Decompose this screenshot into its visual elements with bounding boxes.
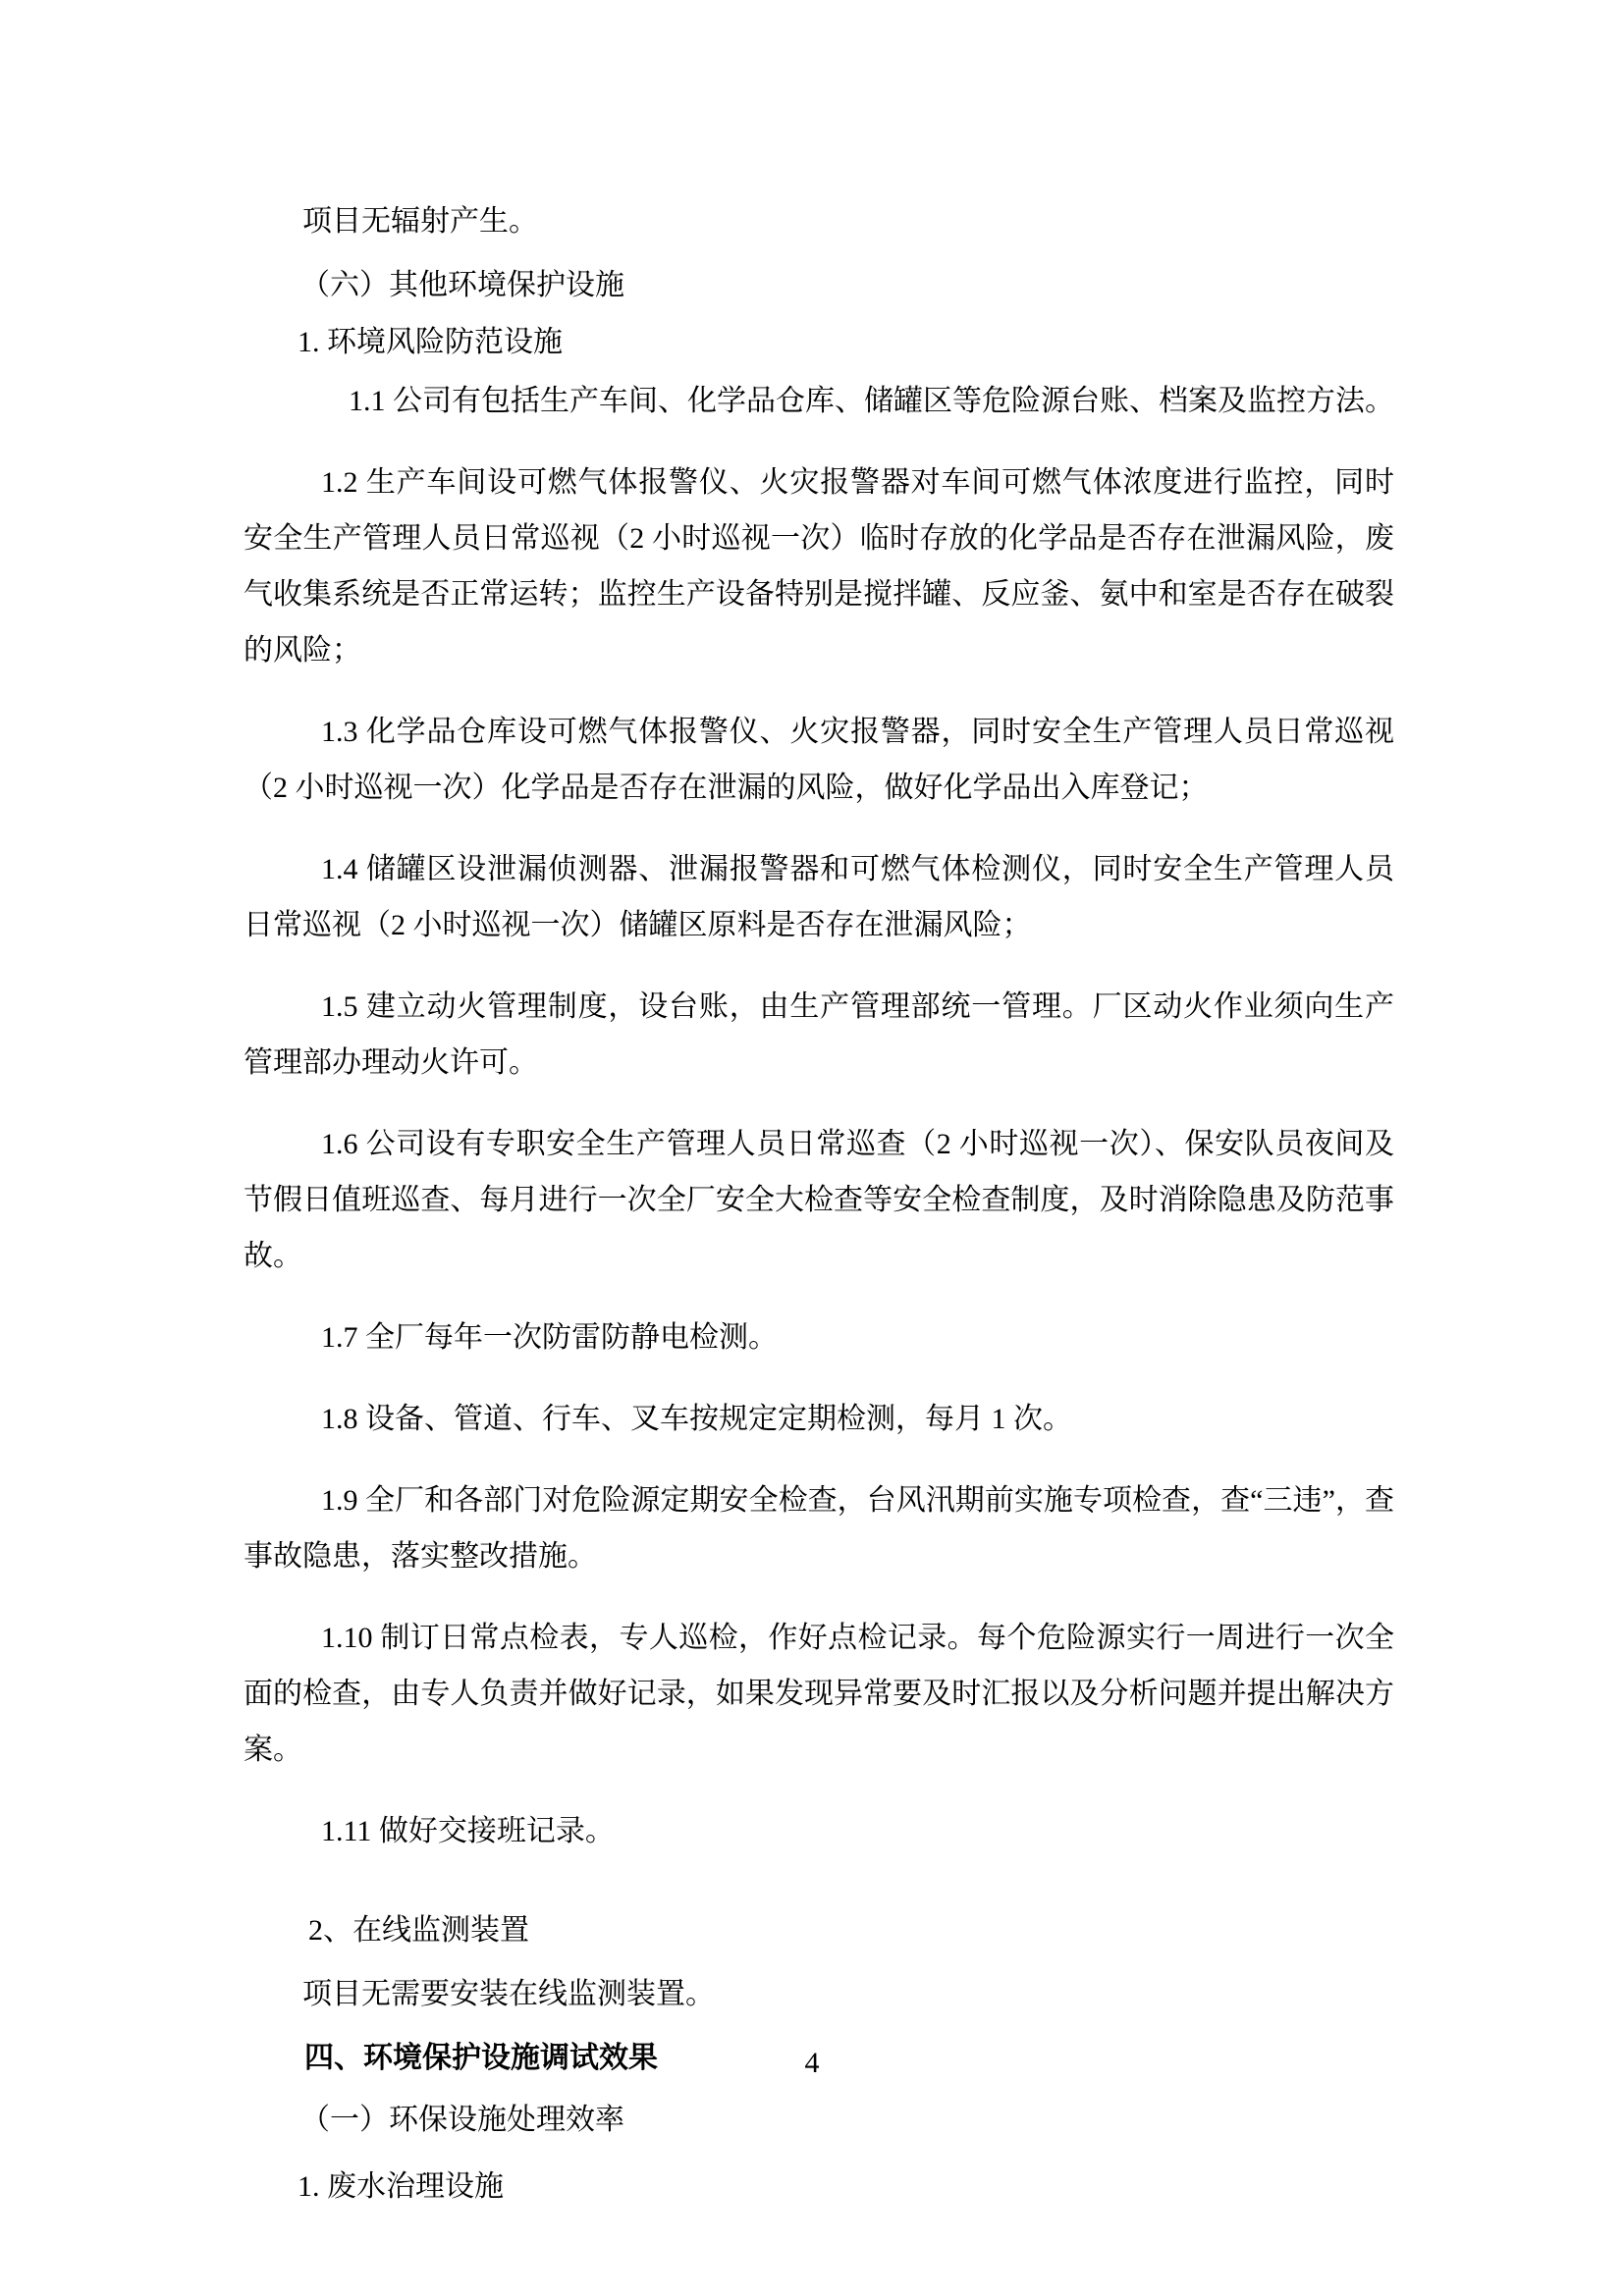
subsection-heading: （六）其他环境保护设施	[244, 257, 1394, 313]
subsection-heading: （一）环保设施处理效率	[244, 2092, 1394, 2148]
clause-paragraph: 1.1 公司有包括生产车间、化学品仓库、储罐区等危险源台账、档案及监控方法。	[244, 373, 1394, 429]
body-paragraph: 项目无辐射产生。	[244, 193, 1394, 249]
numbered-heading: 1. 环境风险防范设施	[244, 314, 1394, 370]
numbered-heading: 2、在线监测装置	[244, 1902, 1394, 1958]
clause-paragraph: 1.6 公司设有专职安全生产管理人员日常巡查（2 小时巡视一次）、保安队员夜间及…	[244, 1116, 1394, 1284]
page-number: 4	[805, 2047, 820, 2079]
page-footer: 4	[0, 2035, 1624, 2091]
clause-paragraph: 1.4 储罐区设泄漏侦测器、泄漏报警器和可燃气体检测仪，同时安全生产管理人员日常…	[244, 841, 1394, 953]
numbered-heading: 1. 废水治理设施	[244, 2159, 1394, 2215]
clause-paragraph: 1.3 化学品仓库设可燃气体报警仪、火灾报警器，同时安全生产管理人员日常巡视（2…	[244, 704, 1394, 816]
clause-paragraph: 1.10 制订日常点检表，专人巡检，作好点检记录。每个危险源实行一周进行一次全面…	[244, 1610, 1394, 1778]
clause-paragraph: 1.7 全厂每年一次防雷防静电检测。	[244, 1309, 1394, 1365]
clause-paragraph: 1.11 做好交接班记录。	[244, 1803, 1394, 1859]
document-body: 项目无辐射产生。（六）其他环境保护设施1. 环境风险防范设施1.1 公司有包括生…	[244, 193, 1394, 2215]
clause-paragraph: 1.2 生产车间设可燃气体报警仪、火灾报警器对车间可燃气体浓度进行监控，同时安全…	[244, 454, 1394, 678]
clause-paragraph: 1.5 建立动火管理制度，设台账，由生产管理部统一管理。厂区动火作业须向生产管理…	[244, 979, 1394, 1091]
body-paragraph: 项目无需要安装在线监测装置。	[244, 1966, 1394, 2022]
clause-paragraph: 1.9 全厂和各部门对危险源定期安全检查，台风汛期前实施专项检查，查“三违”，查…	[244, 1472, 1394, 1584]
clause-paragraph: 1.8 设备、管道、行车、叉车按规定定期检测，每月 1 次。	[244, 1391, 1394, 1447]
document-page: 项目无辐射产生。（六）其他环境保护设施1. 环境风险防范设施1.1 公司有包括生…	[0, 0, 1624, 2296]
